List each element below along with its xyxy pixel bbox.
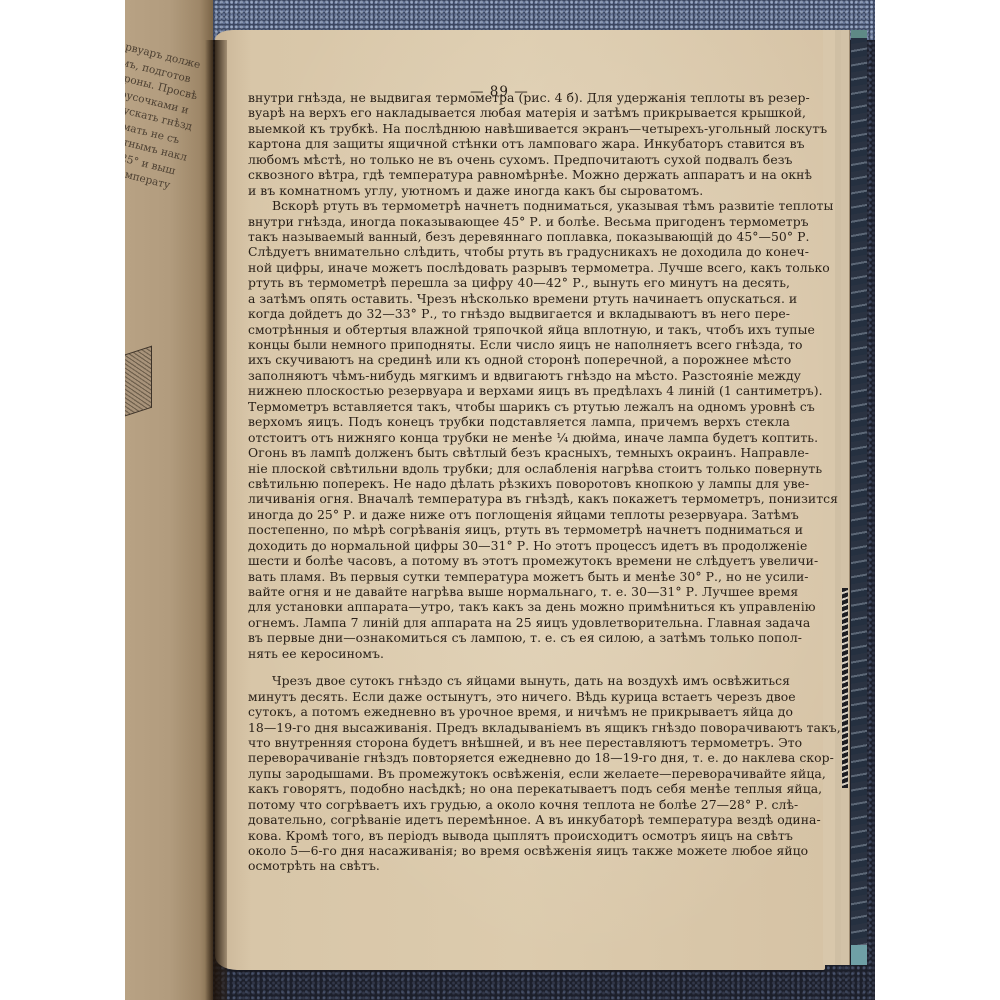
paragraph: внутри гнѣзда, не выдвигая термометра (р… <box>248 90 790 198</box>
paragraph-gap <box>248 661 790 673</box>
text-line: внутри гнѣзда, не выдвигая термометра (р… <box>248 90 790 105</box>
text-line: а затѣмъ опять оставить. Чрезъ нѣсколько… <box>248 291 790 306</box>
text-line: сквозного вѣтра, гдѣ температура равномѣ… <box>248 167 790 182</box>
text-line: заполняютъ чѣмъ-нибудь мягкимъ и вдвигаю… <box>248 368 790 383</box>
paragraph: Вскорѣ ртуть въ термометрѣ начнетъ подни… <box>248 198 790 661</box>
text-line: нять ее керосиномъ. <box>248 646 790 661</box>
text-line: для установки аппарата—утро, такъ какъ з… <box>248 599 790 614</box>
text-line: доходить до нормальной цифры 30—31° Р. Н… <box>248 538 790 553</box>
text-line: личиванія огня. Вначалѣ температура въ г… <box>248 491 790 506</box>
text-line: 18—19-го дня высаживанія. Предъ вкладыва… <box>248 720 790 735</box>
page-edge <box>841 30 850 965</box>
text-line: вать пламя. Въ первыя сутки температура … <box>248 569 790 584</box>
text-line: огнемъ. Лампа 7 линій для аппарата на 25… <box>248 615 790 630</box>
text-line: Вскорѣ ртуть въ термометрѣ начнетъ подни… <box>248 198 790 213</box>
text-line: около 5—6-го дня насаживанія; во время о… <box>248 843 790 858</box>
text-line: смотрѣнныя и обтертыя влажной тряпочкой … <box>248 322 790 337</box>
text-line: въ первые дни—ознакомиться съ лампою, т.… <box>248 630 790 645</box>
marbled-cover-edge <box>851 30 867 965</box>
text-line: потому что согрѣваетъ ихъ грудью, а окол… <box>248 797 790 812</box>
paragraph: Чрезъ двое сутокъ гнѣздо съ яйцами вынут… <box>248 673 790 874</box>
text-line: Чрезъ двое сутокъ гнѣздо съ яйцами вынут… <box>248 673 790 688</box>
cover-corner <box>851 30 867 38</box>
left-page: рвуаръ долже мъ, подготов ороны. Просвѣ … <box>125 0 213 1000</box>
left-page-text: рвуаръ долже мъ, подготов ороны. Просвѣ … <box>125 40 213 204</box>
text-line: что внутренняя сторона будетъ внѣшней, и… <box>248 735 790 750</box>
text-line: иногда до 25° Р. и даже ниже отъ поглоще… <box>248 507 790 522</box>
text-line: концы были немного приподняты. Если числ… <box>248 337 790 352</box>
text-line: довательно, согрѣваніе идетъ перемѣнное.… <box>248 812 790 827</box>
text-line: верхомъ яицъ. Подъ конецъ трубки подстав… <box>248 414 790 429</box>
bookmark-ribbon <box>842 588 848 788</box>
text-line: постепенно, по мѣрѣ согрѣванія яицъ, рту… <box>248 522 790 537</box>
text-line: кова. Кромѣ того, въ періодъ вывода цыпл… <box>248 828 790 843</box>
text-line: осмотрѣть на свѣтъ. <box>248 858 790 873</box>
text-line: переворачиваніе гнѣздъ повторяется ежедн… <box>248 750 790 765</box>
text-line: Огонь въ лампѣ долженъ быть свѣтлый безъ… <box>248 445 790 460</box>
text-line: ніе плоской свѣтильни вдоль трубки; для … <box>248 461 790 476</box>
text-line: такъ называемый ванный, безъ деревяннаго… <box>248 229 790 244</box>
text-line: свѣтильню поперекъ. Не надо дѣлать рѣзки… <box>248 476 790 491</box>
text-line: нижнею плоскостью резервуара и верхами я… <box>248 383 790 398</box>
text-line: шести и болѣе часовъ, а потому въ этотъ … <box>248 553 790 568</box>
cover-corner <box>851 945 867 965</box>
text-line: когда дойдетъ до 32—33° Р., то гнѣздо вы… <box>248 306 790 321</box>
text-line: ихъ скучиваютъ на срединѣ или къ одной с… <box>248 352 790 367</box>
text-line: внутри гнѣзда, иногда показывающее 45° Р… <box>248 214 790 229</box>
text-line: Термометръ вставляется такъ, чтобы шарик… <box>248 399 790 414</box>
text-line: Слѣдуетъ внимательно слѣдить, чтобы ртут… <box>248 244 790 259</box>
text-line: вайте огня и не давайте нагрѣва выше нор… <box>248 584 790 599</box>
text-line: лупы зародышами. Въ промежутокъ освѣжені… <box>248 766 790 781</box>
text-line: и въ комнатномъ углу, уютномъ и даже ино… <box>248 183 790 198</box>
text-line: вуарѣ на верхъ его накладывается любая м… <box>248 105 790 120</box>
text-line: минутъ десять. Если даже остынутъ, это н… <box>248 689 790 704</box>
figure-illustration <box>125 346 152 417</box>
text-line: отстоитъ отъ нижняго конца трубки не мен… <box>248 430 790 445</box>
text-line: какъ говорятъ, подобно насѣдкѣ; но она п… <box>248 781 790 796</box>
text-line: ртуть въ термометрѣ перешла за цифру 40—… <box>248 275 790 290</box>
text-line: сутокъ, а потомъ ежедневно въ урочное вр… <box>248 704 790 719</box>
text-line: картона для защиты ящичной стѣнки отъ ла… <box>248 136 790 151</box>
page-body: внутри гнѣзда, не выдвигая термометра (р… <box>248 90 790 874</box>
text-line: любомъ мѣстѣ, но только не въ очень сухо… <box>248 152 790 167</box>
text-line: ной цифры, иначе можетъ послѣдовать разр… <box>248 260 790 275</box>
book-gutter <box>205 40 227 1000</box>
text-line: выемкой къ трубкѣ. На послѣднюю навѣшива… <box>248 121 790 136</box>
